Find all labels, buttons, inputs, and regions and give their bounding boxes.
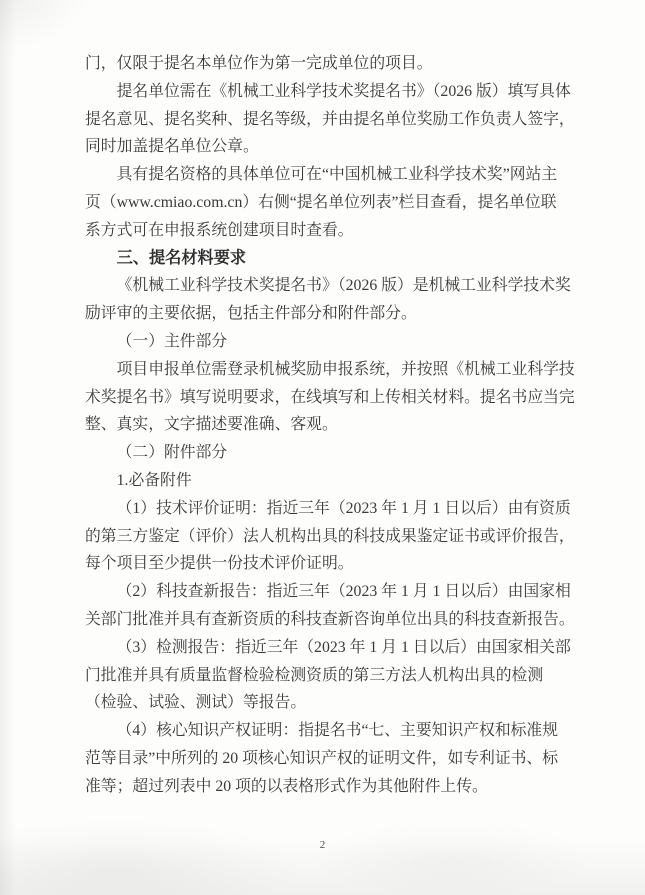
text-line: 范等目录”中所列的 20 项核心知识产权的证明文件，如专利证书、标 [85, 745, 579, 773]
text-line: （一）主件部分 [85, 328, 579, 356]
text-line: （二）附件部分 [85, 439, 579, 467]
text-line: 《机械工业科学技术奖提名书》（2026 版）是机械工业科学技术奖 [85, 272, 579, 300]
text-line: 门，仅限于提名本单位作为第一完成单位的项目。 [85, 50, 579, 78]
section-heading-line: 三、提名材料要求 [85, 245, 579, 273]
text-line: （检验、试验、测试）等报告。 [85, 689, 579, 717]
text-line: 励评审的主要依据，包括主件部分和附件部分。 [85, 300, 579, 328]
page-number: 2 [0, 839, 645, 851]
text-line: 项目申报单位需登录机械奖励申报系统，并按照《机械工业科学技 [85, 356, 579, 384]
text-line: 关部门批准并具有查新资质的科技查新咨询单位出具的科技查新报告。 [85, 606, 579, 634]
text-line: 门批准并具有质量监督检验检测资质的第三方法人机构出具的检测 [85, 662, 579, 690]
document-body: 门，仅限于提名本单位作为第一完成单位的项目。提名单位需在《机械工业科学技术奖提名… [85, 50, 579, 801]
text-line: 具有提名资格的具体单位可在“中国机械工业科学技术奖”网站主 [85, 161, 579, 189]
text-line: （1）技术评价证明：指近三年（2023 年 1 月 1 日以后）由有资质 [85, 495, 579, 523]
text-line: 术奖提名书》填写说明要求，在线填写和上传相关材料。提名书应当完 [85, 384, 579, 412]
document-page: 门，仅限于提名本单位作为第一完成单位的项目。提名单位需在《机械工业科学技术奖提名… [0, 0, 645, 895]
text-line: 提名意见、提名奖种、提名等级，并由提名单位奖励工作负责人签字， [85, 106, 579, 134]
text-line: （2）科技查新报告：指近三年（2023 年 1 月 1 日以后）由国家相 [85, 578, 579, 606]
text-line: 页（www.cmiao.com.cn）右侧“提名单位列表”栏目查看，提名单位联 [85, 189, 579, 217]
text-line: 整、真实，文字描述要准确、客观。 [85, 411, 579, 439]
text-line: 系方式可在申报系统创建项目时查看。 [85, 217, 579, 245]
text-line: 的第三方鉴定（评价）法人机构出具的科技成果鉴定证书或评价报告， [85, 523, 579, 551]
text-line: 同时加盖提名单位公章。 [85, 133, 579, 161]
text-line: 1.必备附件 [85, 467, 579, 495]
text-line: （3）检测报告：指近三年（2023 年 1 月 1 日以后）由国家相关部 [85, 634, 579, 662]
text-line: 每个项目至少提供一份技术评价证明。 [85, 550, 579, 578]
text-line: 准等；超过列表中 20 项的以表格形式作为其他附件上传。 [85, 773, 579, 801]
text-line: （4）核心知识产权证明：指提名书“七、主要知识产权和标准规 [85, 717, 579, 745]
text-line: 提名单位需在《机械工业科学技术奖提名书》（2026 版）填写具体 [85, 78, 579, 106]
